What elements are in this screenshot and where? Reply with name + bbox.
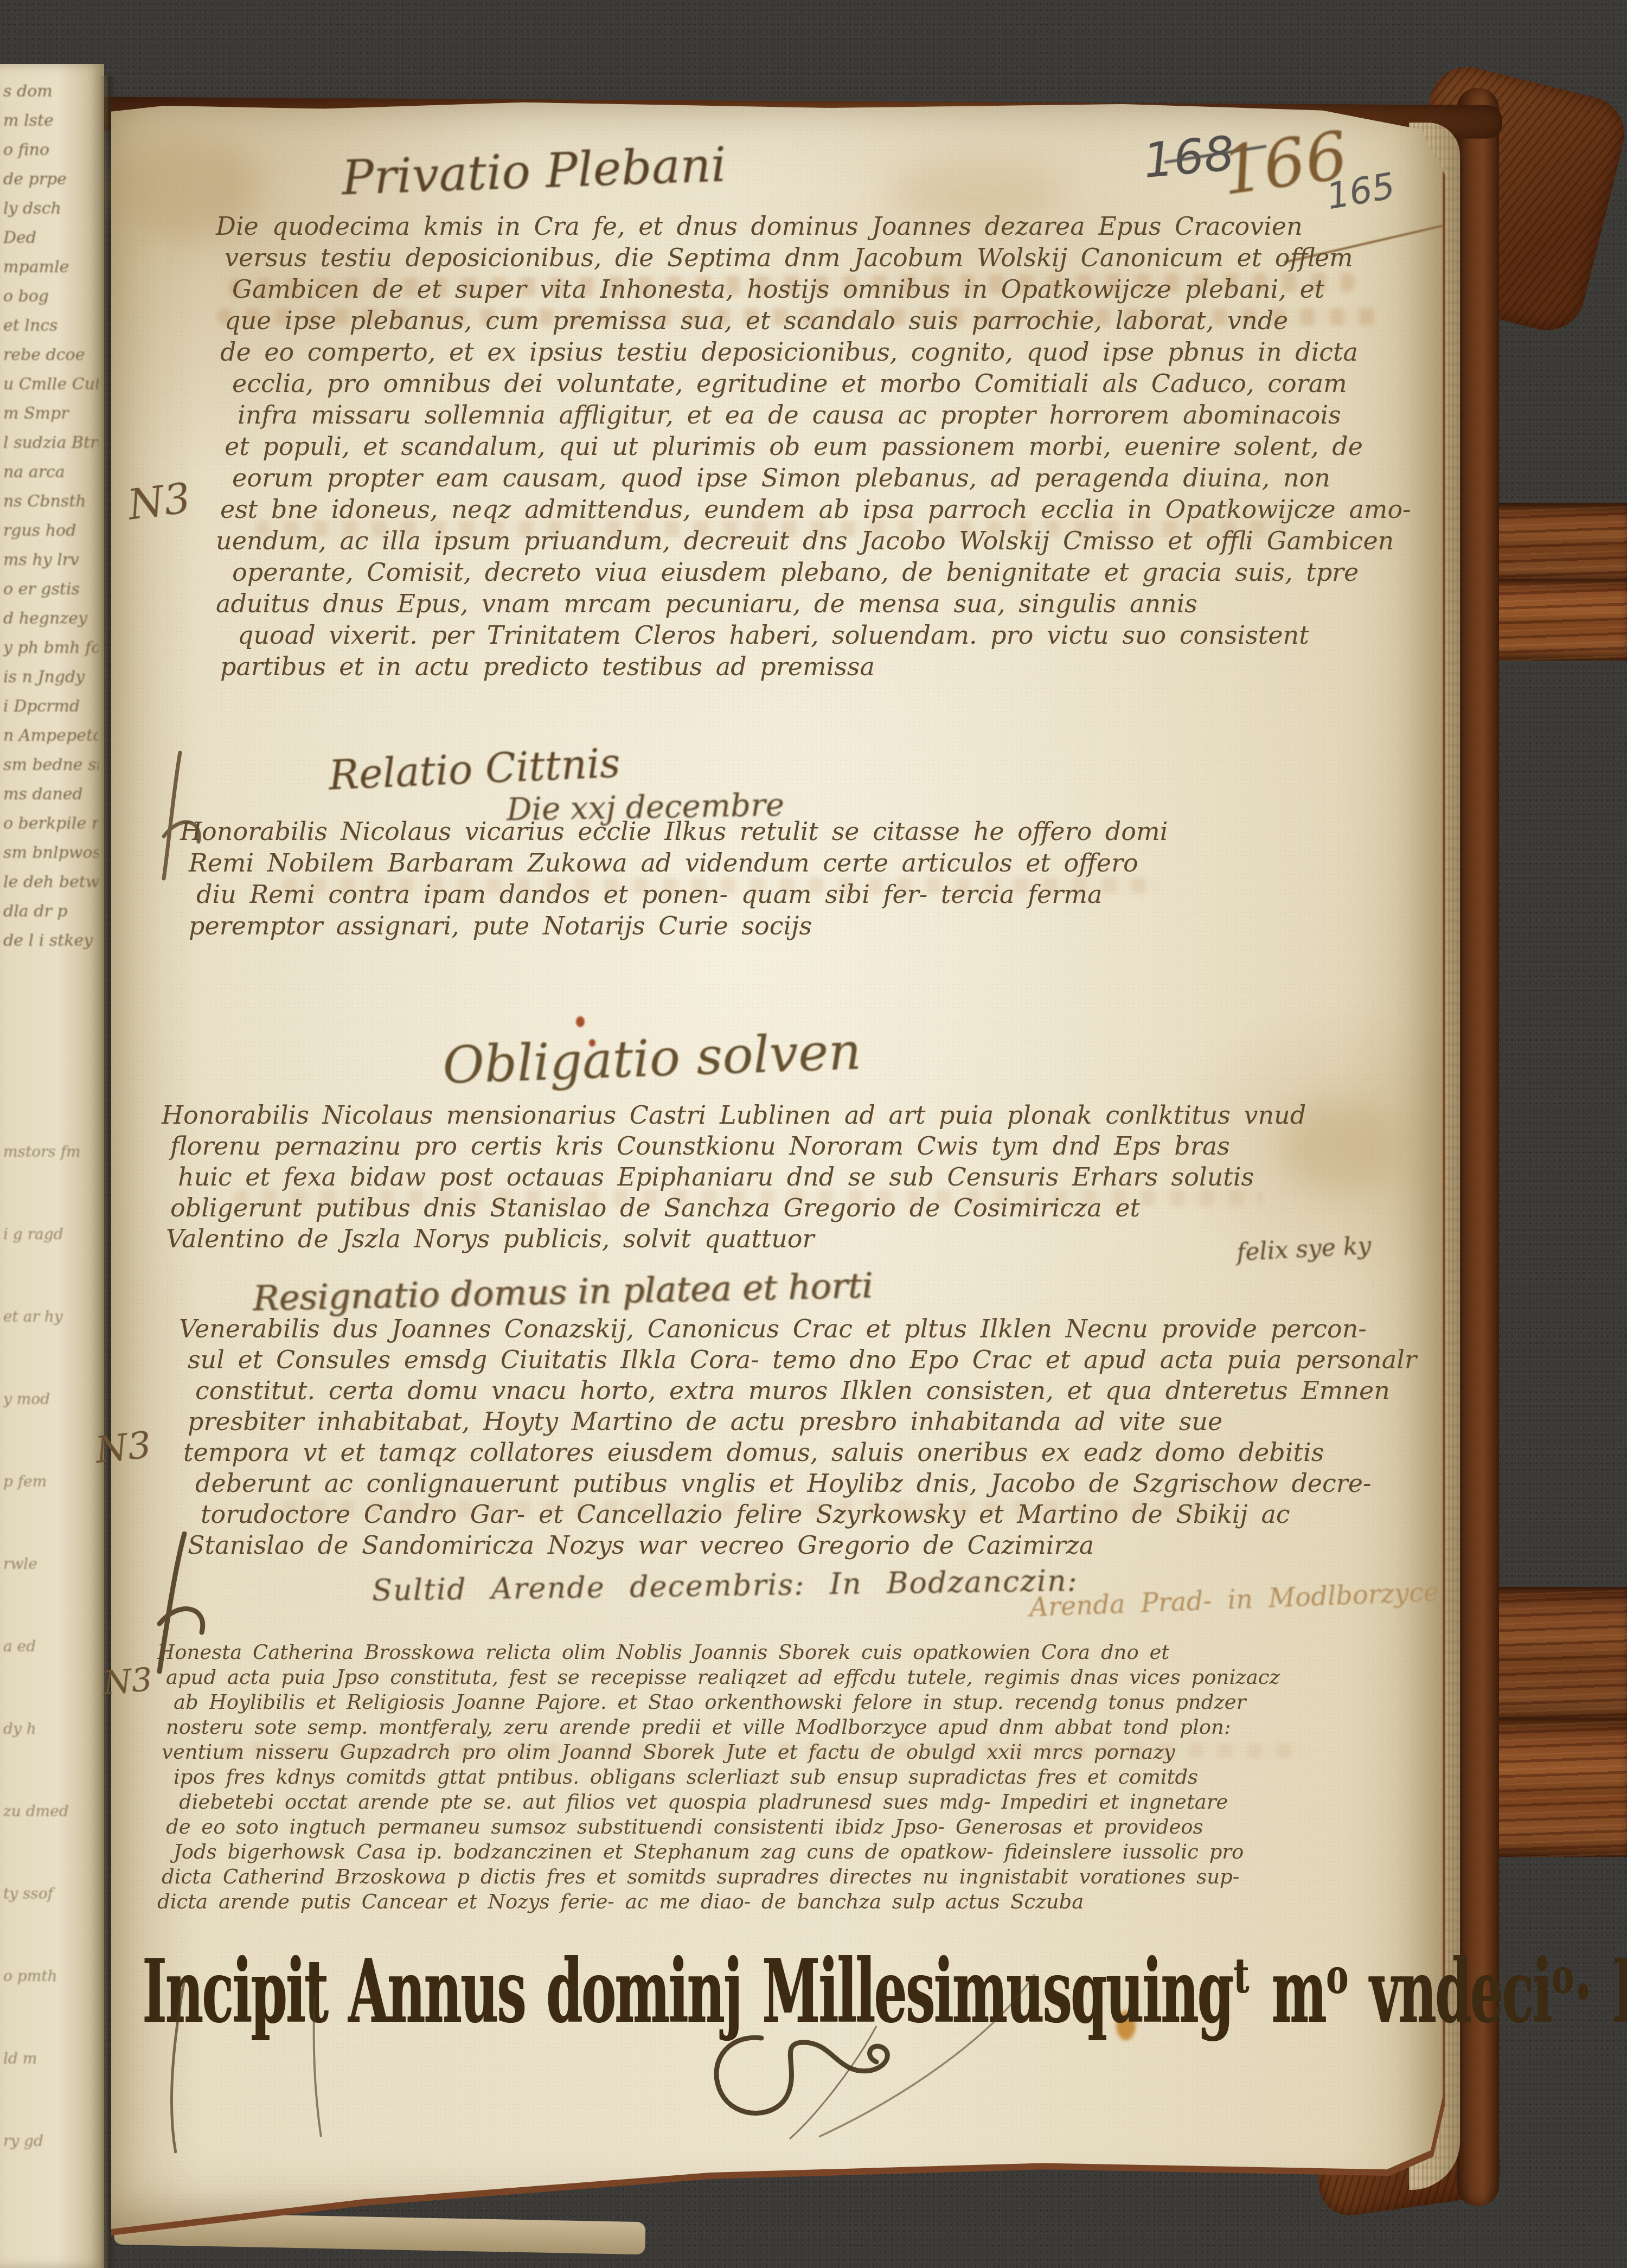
privatio-paragraph: Die quodecima kmis in Cra fe, et dnus do…	[216, 210, 1411, 682]
rust-spot-1	[576, 1016, 585, 1027]
relatio-paragraph: Honorabilis Nicolaus vicarius ecclie Ilk…	[180, 816, 1168, 941]
pen-flourish-icon	[697, 2023, 936, 2142]
arenda-paragraph: Honesta Catherina Brosskowa relicta olim…	[157, 1640, 1280, 1914]
cover-right-edge	[1457, 88, 1499, 2206]
margin-nota-mark-1: N3	[125, 473, 193, 529]
facing-page-strip: s domm lsteo finode prpely dschDedmpamle…	[0, 64, 104, 2268]
resignatio-paragraph: Venerabilis dus Joannes Conazskij, Canon…	[179, 1314, 1417, 1561]
margin-nota-mark-3: N3	[102, 1661, 153, 1702]
facing-page-text-fragments-upper: s domm lsteo finode prpely dschDedmpamle…	[3, 77, 99, 956]
manuscript-photograph: s domm lsteo finode prpely dschDedmpamle…	[0, 0, 1627, 2268]
margin-nota-mark-2: N3	[93, 1424, 153, 1472]
facing-page-text-fragments-lower: mstors fmi g ragdet ar hyy modp femrwlea…	[3, 1111, 99, 2182]
obligatio-paragraph: Honorabilis Nicolaus mensionarius Castri…	[162, 1100, 1306, 1254]
